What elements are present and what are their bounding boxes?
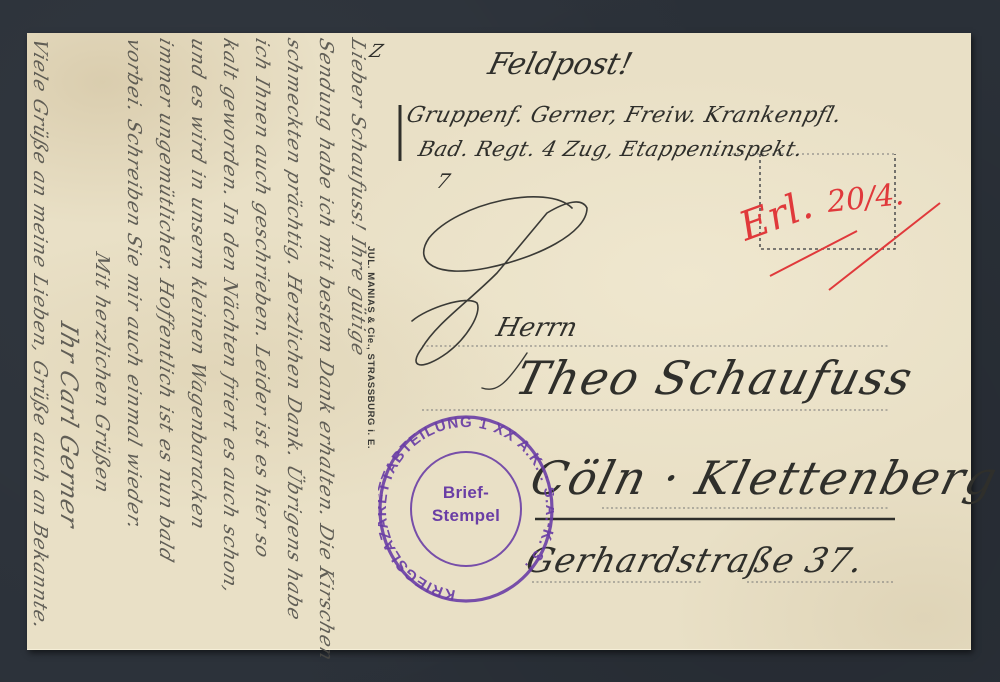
postmark-center-line-2: Stempel [378, 506, 554, 526]
postcard: Lieber Schaufuss! Ihre gütige Sendung ha… [27, 33, 971, 650]
postmark-center-line-1: Brief- [378, 483, 554, 503]
postmark-stamp: KRIEGSLAZARETTABTEILUNG 1 XX A.K. : S.A.… [378, 413, 554, 605]
